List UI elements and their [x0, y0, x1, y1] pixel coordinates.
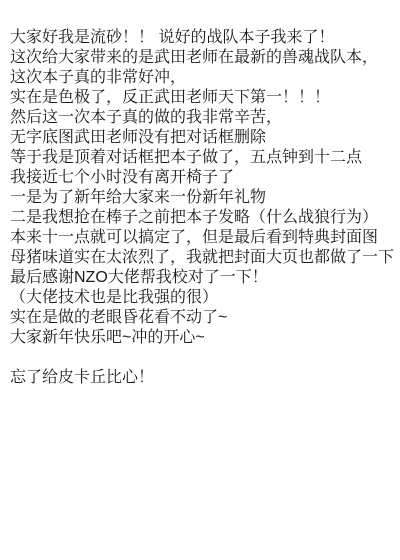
note-line: 大家新年快乐吧~冲的开心~: [10, 328, 394, 348]
note-line: 一是为了新年给大家来一份新年礼物: [10, 188, 394, 208]
note-body: 大家好我是流砂！！ 说好的战队本子我来了！这次给大家带来的是武田老师在最新的兽魂…: [0, 0, 400, 388]
note-line: 实在是色极了，反正武田老师天下第一！！！: [10, 88, 394, 108]
note-line: [10, 348, 394, 368]
note-line: 最后感谢NZO大佬帮我校对了一下！: [10, 268, 394, 288]
note-line: 等于我是顶着对话框把本子做了，五点钟到十二点: [10, 148, 394, 168]
note-line: 母猪味道实在太浓烈了，我就把封面大页也都做了一下: [10, 248, 394, 268]
note-line: 大家好我是流砂！！ 说好的战队本子我来了！: [10, 28, 394, 48]
note-line: 二是我想抢在棒子之前把本子发略（什么战狼行为）: [10, 208, 394, 228]
note-line: 忘了给皮卡丘比心！: [10, 368, 394, 388]
note-line: 无字底图武田老师没有把对话框删除: [10, 128, 394, 148]
note-line: 然后这一次本子真的做的我非常辛苦，: [10, 108, 394, 128]
note-line: （大佬技术也是比我强的很）: [10, 288, 394, 308]
note-line: 这次给大家带来的是武田老师在最新的兽魂战队本，: [10, 48, 394, 68]
note-line: 我接近七个小时没有离开椅子了: [10, 168, 394, 188]
note-line: 这次本子真的非常好冲，: [10, 68, 394, 88]
note-line: 本来十一点就可以搞定了，但是最后看到特典封面图: [10, 228, 394, 248]
note-line: 实在是做的老眼昏花看不动了~: [10, 308, 394, 328]
